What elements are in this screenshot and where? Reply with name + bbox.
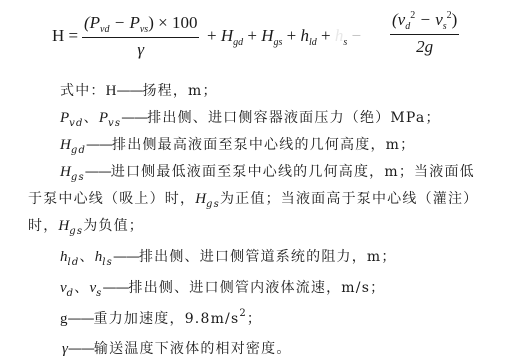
symbol-sub: vs [108, 118, 121, 129]
superscript: 2 [239, 308, 247, 319]
symbol: h [60, 249, 68, 265]
definition-text: 为负值； [83, 218, 144, 234]
dash: —— [85, 164, 111, 180]
plus-sign: + [321, 26, 331, 45]
fraction-numerator: (vd2 − vs2) [390, 10, 459, 35]
symbol: g [60, 311, 68, 327]
num-open: (P [84, 13, 100, 32]
definition-hgs-cont1: 于泵中心线（吸上）时，Hgs为正值；当液面高于泵中心线（灌注） [28, 188, 478, 210]
formula-terms: + Hgd + Hgs + hld + hs − [207, 26, 361, 48]
sub-vs: vs [140, 24, 148, 35]
term-sub: ld [309, 37, 317, 48]
definition-text: 排出侧、进口侧管内液体流速，m/s； [129, 280, 386, 296]
equals-sign: = [69, 26, 79, 45]
definition-text: 排出侧、进口侧容器液面压力（绝）MPa； [147, 110, 440, 126]
num-close: ) [452, 10, 458, 29]
definition-hgd: Hgd——排出侧最高液面至泵中心线的几何高度，m； [60, 134, 415, 156]
definition-resistance: hld、hls——排出侧、进口侧管道系统的阻力，m； [60, 246, 397, 268]
formula-lhs: H = [52, 26, 78, 46]
definition-text: 于泵中心线（吸上）时， [28, 191, 195, 207]
symbol: H [58, 218, 69, 234]
plus-sign: + [247, 26, 257, 45]
formula: H = (Pvd − Pvs) × 100 γ + Hgd + Hgs + hl… [0, 0, 517, 70]
symbol: P [99, 110, 108, 126]
symbol-sub: gd [71, 145, 86, 156]
dash: —— [86, 137, 112, 153]
term-var: h [301, 26, 310, 45]
fraction-denominator: 2g [390, 35, 459, 57]
sub-s: s [443, 21, 447, 32]
definition-gravity: g——重力加速度，9.8m/s2； [60, 308, 262, 328]
plus-sign: + [287, 26, 297, 45]
dash: —— [68, 311, 94, 327]
sub-vd: vd [100, 24, 109, 35]
term-sub: s [343, 37, 347, 48]
definition-text: ； [247, 311, 262, 327]
definition-text: 为正值；当液面高于泵中心线（灌注） [220, 191, 478, 207]
definition-text: 时， [28, 218, 58, 234]
definition-density: γ——输送温度下液体的相对密度。 [62, 338, 292, 358]
num-minus: − v [415, 10, 443, 29]
symbol: H [60, 137, 71, 153]
symbol: v [60, 280, 67, 296]
symbol: H [195, 191, 206, 207]
definition-text: 重力加速度，9.8m/s [94, 311, 240, 327]
term-var: H [261, 26, 273, 45]
dash: —— [116, 83, 142, 99]
definition-pressure: Pvd、Pvs——排出侧、进口侧容器液面压力（绝）MPa； [60, 107, 441, 129]
symbol-sub: gs [69, 226, 83, 237]
symbol-sub: gs [206, 199, 220, 210]
fraction-denominator: γ [82, 38, 199, 60]
symbol-sub: ls [102, 257, 113, 268]
dash: —— [121, 110, 147, 126]
term-sub: gd [233, 37, 243, 48]
fraction-numerator: (Pvd − Pvs) × 100 [82, 13, 199, 38]
sub-d: d [405, 21, 410, 32]
term-var: H [221, 26, 233, 45]
separator: 、 [84, 110, 99, 126]
symbol: H [106, 83, 117, 99]
definition-text: 输送温度下液体的相对密度。 [94, 341, 292, 357]
num-close: ) × 100 [148, 13, 197, 32]
definition-text: 进口侧最低液面至泵中心线的几何高度，m；当液面低 [111, 164, 475, 180]
num-minus: − P [110, 13, 140, 32]
dash: —— [68, 341, 94, 357]
minus-sign: − [352, 26, 362, 45]
term-sub: gs [274, 37, 283, 48]
fraction-pressure: (Pvd − Pvs) × 100 γ [82, 13, 199, 60]
num-open: (v [392, 10, 405, 29]
definition-head: 式中：H——扬程，m； [60, 80, 218, 100]
definition-velocity: vd、vs——排出侧、进口侧管内液体流速，m/s； [60, 277, 385, 299]
head-symbol: H [52, 26, 64, 45]
separator: 、 [74, 280, 89, 296]
symbol-sub: vd [69, 118, 83, 129]
symbol: H [60, 164, 71, 180]
definition-hgs-cont2: 时，Hgs为负值； [28, 215, 144, 237]
dash: —— [113, 249, 139, 265]
separator: 、 [80, 249, 95, 265]
dash: —— [103, 280, 129, 296]
fraction-velocity: (vd2 − vs2) 2g [390, 10, 459, 57]
symbol-sub: gs [71, 172, 85, 183]
definition-text: 排出侧最高液面至泵中心线的几何高度，m； [112, 137, 415, 153]
definition-hgs: Hgs——进口侧最低液面至泵中心线的几何高度，m；当液面低 [60, 161, 475, 183]
lead-label: 式中： [60, 83, 106, 99]
symbol-sub: ld [68, 257, 80, 268]
definition-text: 扬程，m； [142, 83, 217, 99]
plus-sign: + [207, 26, 217, 45]
symbol: P [60, 110, 69, 126]
definition-text: 排出侧、进口侧管道系统的阻力，m； [139, 249, 397, 265]
